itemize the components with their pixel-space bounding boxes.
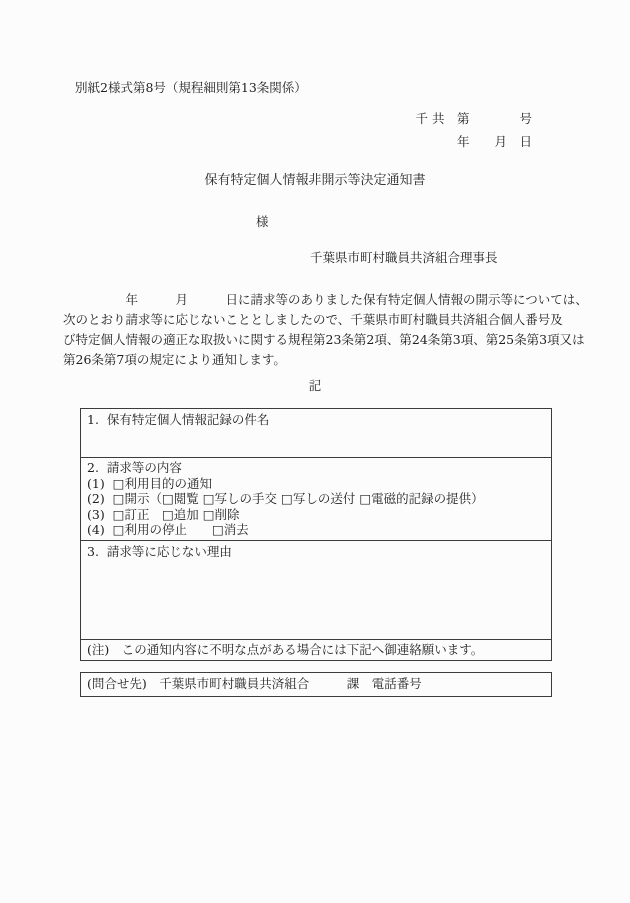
- refusal-reason-cell: 3. 請求等に応じない理由: [81, 540, 552, 639]
- request-item-4: (4) □利用の停止 □消去: [87, 522, 545, 538]
- request-item-3: (3) □訂正 □追加 □削除: [87, 507, 545, 523]
- document-page: 別紙2様式第8号（規程細則第13条関係） 千 共 第 号 年 月 日 保有特定個…: [0, 0, 630, 903]
- body-line-3: び特定個人情報の適正な取扱いに関する規程第23条第2項、第24条第3項、第25条…: [63, 330, 588, 350]
- request-content-cell: 2. 請求等の内容 (1) □利用目的の通知 (2) □開示（□閲覧 □写しの手…: [81, 458, 552, 541]
- decision-table: 1. 保有特定個人情報記録の件名 2. 請求等の内容 (1) □利用目的の通知 …: [80, 408, 552, 661]
- refusal-reason-label: 3. 請求等に応じない理由: [87, 543, 545, 560]
- record-heading: 記: [0, 377, 630, 395]
- form-number: 別紙2様式第8号（規程細則第13条関係）: [75, 79, 307, 96]
- contact-text: (問合せ先) 千葉県市町村職員共済組合 課 電話番号: [87, 675, 551, 692]
- table-row-record-name: 1. 保有特定個人情報記録の件名: [81, 409, 552, 458]
- body-line-1: 年 月 日に請求等のありました保有特定個人情報の開示等については、: [63, 290, 588, 310]
- note-cell: (注) この通知内容に不明な点がある場合には下記へ御連絡願います。: [81, 639, 552, 660]
- date-line: 年 月 日: [457, 133, 532, 150]
- sender-title: 千葉県市町村職員共済組合理事長: [310, 249, 498, 266]
- table-row-note: (注) この通知内容に不明な点がある場合には下記へ御連絡願います。: [81, 639, 552, 660]
- body-paragraph: 年 月 日に請求等のありました保有特定個人情報の開示等については、 次のとおり請…: [63, 290, 588, 370]
- body-line-4: 第26条第7項の規定により通知します。: [63, 350, 588, 370]
- table-row-refusal-reason: 3. 請求等に応じない理由: [81, 540, 552, 639]
- record-name-label: 1. 保有特定個人情報記録の件名: [87, 411, 545, 428]
- record-name-cell: 1. 保有特定個人情報記録の件名: [81, 409, 552, 458]
- request-content-title: 2. 請求等の内容: [87, 460, 545, 476]
- document-title: 保有特定個人情報非開示等決定通知書: [0, 172, 630, 190]
- addressee-suffix: 様: [256, 213, 269, 230]
- note-text: (注) この通知内容に不明な点がある場合には下記へ御連絡願います。: [87, 642, 545, 658]
- body-line-2: 次のとおり請求等に応じないこととしましたので、千葉県市町村職員共済組合個人番号及: [63, 310, 588, 330]
- request-item-2: (2) □開示（□閲覧 □写しの手交 □写しの送付 □電磁的記録の提供）: [87, 491, 545, 507]
- request-item-1: (1) □利用目的の通知: [87, 476, 545, 492]
- contact-box: (問合せ先) 千葉県市町村職員共済組合 課 電話番号: [80, 672, 552, 697]
- table-row-request-content: 2. 請求等の内容 (1) □利用目的の通知 (2) □開示（□閲覧 □写しの手…: [81, 458, 552, 541]
- document-number-line: 千 共 第 号: [416, 110, 532, 127]
